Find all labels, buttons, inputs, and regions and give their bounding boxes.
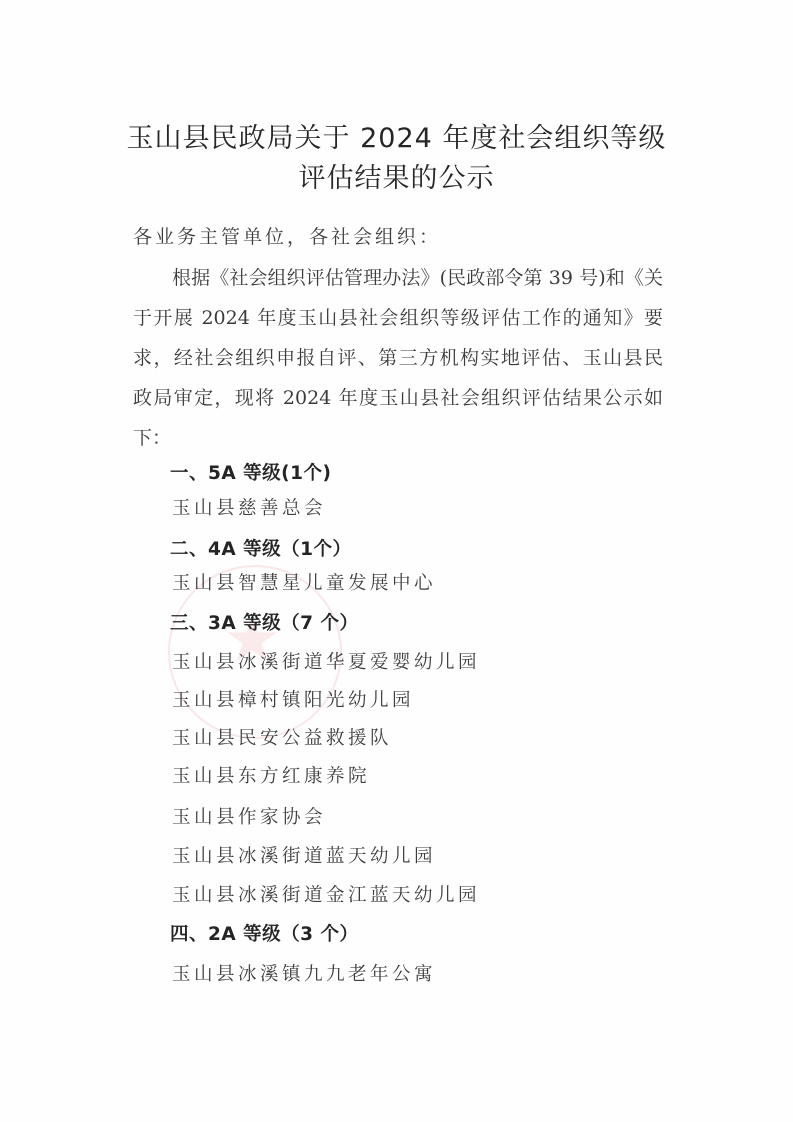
section-heading-4a: 二、4A 等级（1个） [170, 535, 352, 561]
section-heading-5a: 一、5A 等级(1个) [170, 459, 331, 485]
org-list-item: 玉山县冰溪街道蓝天幼儿园 [172, 842, 436, 868]
document-page: ★ 玉山县民政局关于 2024 年度社会组织等级 评估结果的公示 各业务主管单位… [0, 0, 793, 1122]
section-heading-3a: 三、3A 等级（7 个） [170, 609, 358, 635]
org-list-item: 玉山县作家协会 [172, 803, 326, 829]
body-line-4: 政局审定，现将 2024 年度玉山县社会组织评估结果公示如 [133, 383, 663, 410]
section-heading-2a: 四、2A 等级（3 个） [170, 920, 358, 946]
org-list-item: 玉山县冰溪街道金江蓝天幼儿园 [172, 881, 480, 907]
org-list-item: 玉山县智慧星儿童发展中心 [172, 569, 436, 595]
document-title-line-2: 评估结果的公示 [0, 156, 793, 195]
body-line-1: 根据《社会组织评估管理办法》(民政部令第 39 号)和《关 [172, 263, 663, 290]
org-list-item: 玉山县冰溪镇九九老年公寓 [172, 960, 436, 986]
salutation: 各业务主管单位，各社会组织： [133, 222, 441, 249]
org-list-item: 玉山县樟村镇阳光幼儿园 [172, 686, 414, 712]
org-list-item: 玉山县冰溪街道华夏爱婴幼儿园 [172, 648, 480, 674]
body-line-2: 于开展 2024 年度玉山县社会组织等级评估工作的通知》要 [133, 303, 663, 330]
document-title-line-1: 玉山县民政局关于 2024 年度社会组织等级 [0, 116, 793, 155]
org-list-item: 玉山县东方红康养院 [172, 762, 370, 788]
org-list-item: 玉山县慈善总会 [172, 494, 326, 520]
body-line-3: 求，经社会组织申报自评、第三方机构实地评估、玉山县民 [133, 343, 663, 370]
org-list-item: 玉山县民安公益救援队 [172, 724, 392, 750]
body-line-5: 下： [133, 423, 171, 450]
